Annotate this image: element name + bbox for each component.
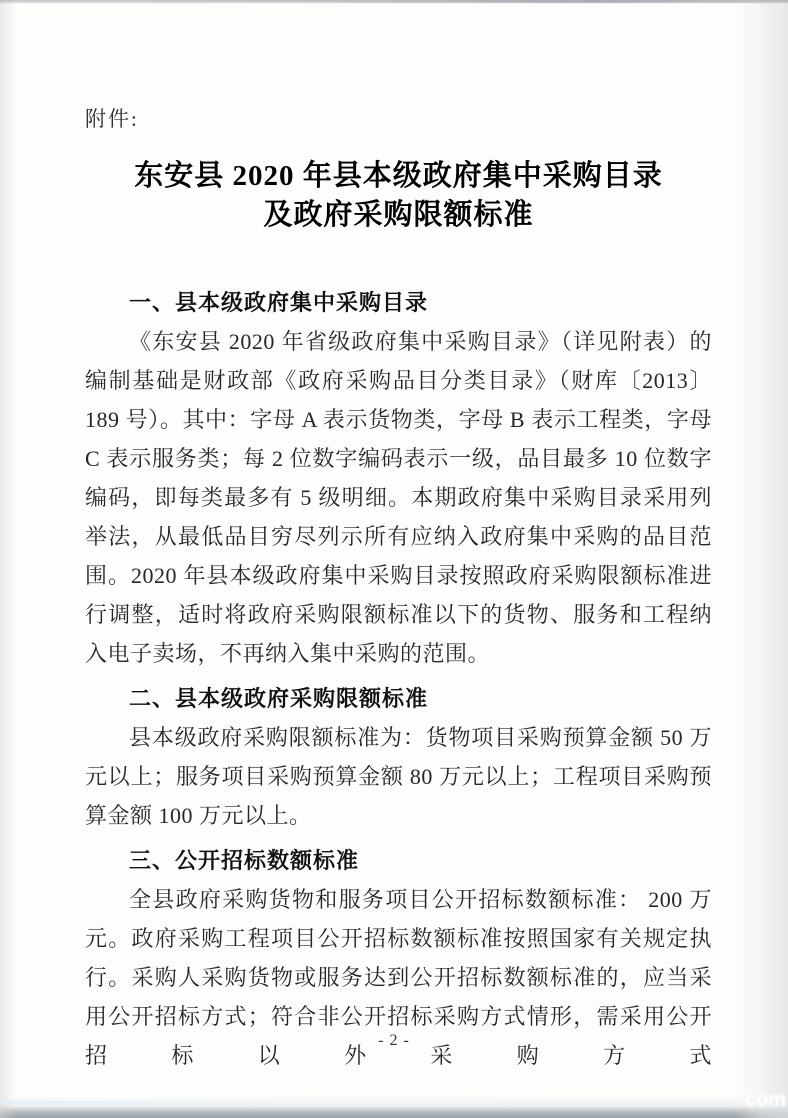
scan-top-edge bbox=[0, 0, 788, 3]
scan-bottom-edge bbox=[0, 1101, 788, 1104]
attachment-label: 附件: bbox=[85, 107, 712, 131]
document-title-line-1: 东安县 2020 年县本级政府集中采购目录 bbox=[85, 157, 712, 196]
document-title-line-2: 及政府采购限额标准 bbox=[85, 196, 712, 235]
section-2-paragraph: 县本级政府采购限额标准为：货物项目采购预算金额 50 万元以上；服务项目采购预算… bbox=[85, 718, 712, 835]
page-number: - 2 - bbox=[0, 1030, 788, 1052]
section-heading-3: 三、公开招标数额标准 bbox=[85, 841, 712, 880]
section-heading-1: 一、县本级政府集中采购目录 bbox=[85, 283, 712, 322]
scanned-document-page: 附件: 东安县 2020 年县本级政府集中采购目录 及政府采购限额标准 一、县本… bbox=[0, 0, 788, 1118]
document-body: 附件: 东安县 2020 年县本级政府集中采购目录 及政府采购限额标准 一、县本… bbox=[85, 107, 712, 1075]
section-heading-2: 二、县本级政府采购限额标准 bbox=[85, 679, 712, 718]
section-1-paragraph: 《东安县 2020 年省级政府集中采购目录》（详见附表）的编制基础是财政部《政府… bbox=[85, 322, 712, 673]
document-title: 东安县 2020 年县本级政府集中采购目录 及政府采购限额标准 bbox=[85, 157, 712, 235]
